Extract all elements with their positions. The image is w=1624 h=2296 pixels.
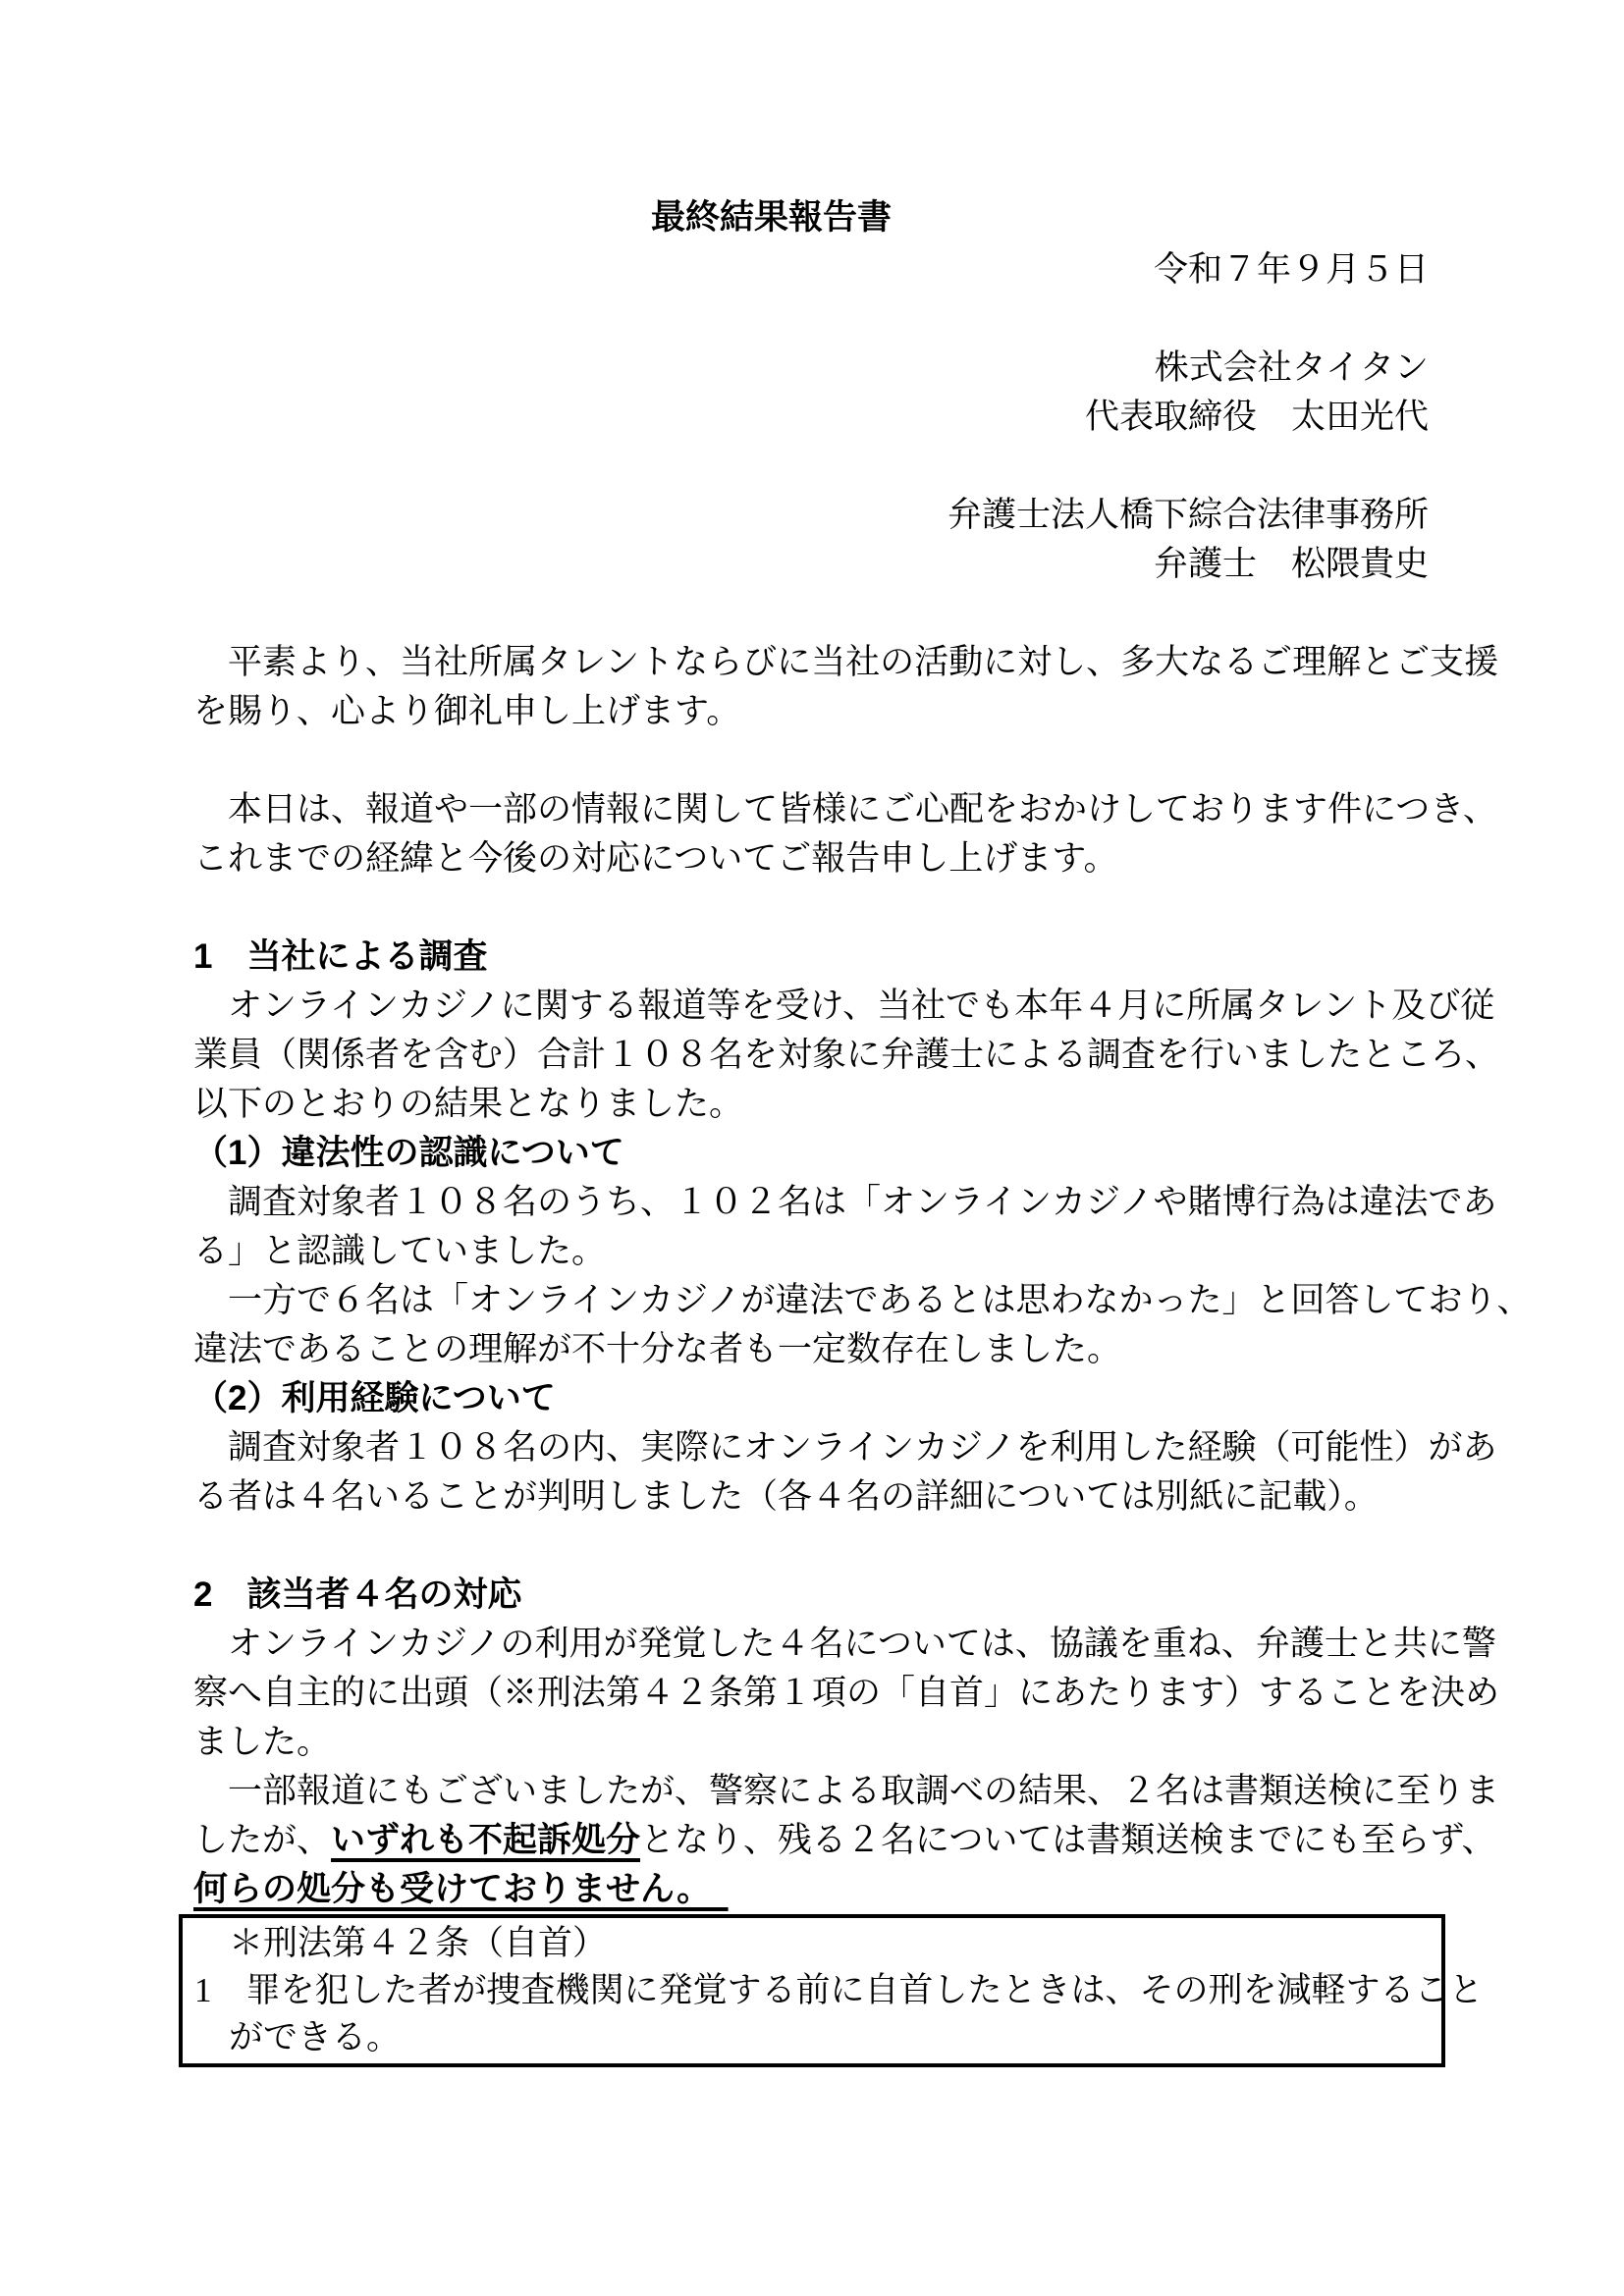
blank-line <box>947 442 1429 491</box>
header-block: 令和７年９月５日株式会社タイタン代表取締役 太田光代弁護士法人橋下綜合法律事務所… <box>947 245 1429 589</box>
blank-line <box>193 736 1470 785</box>
blank-line <box>193 1522 1470 1571</box>
section2-line: オンラインカジノの利用が発覚した４名については、協議を重ね、弁護士と共に警 <box>193 1620 1470 1669</box>
lawyer-name: 弁護士 松隈貴史 <box>947 540 1429 589</box>
section2-line: したが、いずれも不起訴処分となり、残る２名については書類送検までにも至らず、 <box>193 1816 1470 1865</box>
law-note-line: ができる。 <box>194 2014 1432 2061</box>
section2-line: ました。 <box>193 1718 1470 1767</box>
intro-line: 本日は、報道や一部の情報に関して皆様にご心配をおかけしております件につき、 <box>193 785 1470 834</box>
document-title: 最終結果報告書 <box>651 193 892 242</box>
subsection1-1-heading: （1）違法性の認識について <box>193 1129 1470 1178</box>
subsection1-2-heading: （2）利用経験について <box>193 1374 1470 1423</box>
section1-line: オンラインカジノに関する報道等を受け、当社でも本年４月に所属タレント及び従 <box>193 982 1470 1031</box>
section1-heading: 1 当社による調査 <box>193 933 1470 982</box>
subsection1-1-line: 調査対象者１０８名のうち、１０２名は「オンラインカジノや賭博行為は違法であ <box>193 1178 1470 1227</box>
law-note-title: ＊刑法第４２条（自首） <box>194 1920 1432 1967</box>
company-name: 株式会社タイタン <box>947 344 1429 393</box>
section2-line: 一部報道にもございましたが、警察による取調べの結果、２名は書類送検に至りま <box>193 1767 1470 1816</box>
greeting-line: 平素より、当社所属タレントならびに当社の活動に対し、多大なるご理解とご支援 <box>193 638 1470 687</box>
blank-line <box>193 883 1470 933</box>
section2-heading: 2 該当者４名の対応 <box>193 1571 1470 1620</box>
subsection1-1-line: る」と認識していました。 <box>193 1227 1470 1276</box>
body-text: 平素より、当社所属タレントならびに当社の活動に対し、多大なるご理解とご支援を賜り… <box>193 638 1470 1914</box>
law-note-line: 1 罪を犯した者が捜査機関に発覚する前に自首したときは、その刑を減軽すること <box>194 1967 1432 2014</box>
law-firm-name: 弁護士法人橋下綜合法律事務所 <box>947 491 1429 540</box>
greeting-line: を賜り、心より御礼申し上げます。 <box>193 687 1470 736</box>
blank-line <box>947 294 1429 344</box>
section2-line: 何らの処分も受けておりません。 <box>193 1865 1470 1914</box>
section2-line: 察へ自主的に出頭（※刑法第４２条第１項の「自首」にあたります）することを決め <box>193 1669 1470 1718</box>
date-line: 令和７年９月５日 <box>947 245 1429 294</box>
subsection1-2-line: 調査対象者１０８名の内、実際にオンラインカジノを利用した経験（可能性）があ <box>193 1423 1470 1472</box>
representative-name: 代表取締役 太田光代 <box>947 393 1429 442</box>
subsection1-1-line: 一方で６名は「オンラインカジノが違法であるとは思わなかった」と回答しており、 <box>193 1276 1470 1325</box>
section1-line: 業員（関係者を含む）合計１０８名を対象に弁護士による調査を行いましたところ、 <box>193 1031 1470 1080</box>
document-page: 最終結果報告書 令和７年９月５日株式会社タイタン代表取締役 太田光代弁護士法人橋… <box>0 0 1624 2296</box>
intro-line: これまでの経緯と今後の対応についてご報告申し上げます。 <box>193 834 1470 883</box>
subsection1-2-line: る者は４名いることが判明しました（各４名の詳細については別紙に記載）。 <box>193 1472 1470 1522</box>
law-note-box: ＊刑法第４２条（自首）1 罪を犯した者が捜査機関に発覚する前に自首したときは、そ… <box>179 1914 1445 2067</box>
subsection1-1-line: 違法であることの理解が不十分な者も一定数存在しました。 <box>193 1325 1470 1374</box>
section1-line: 以下のとおりの結果となりました。 <box>193 1080 1470 1129</box>
